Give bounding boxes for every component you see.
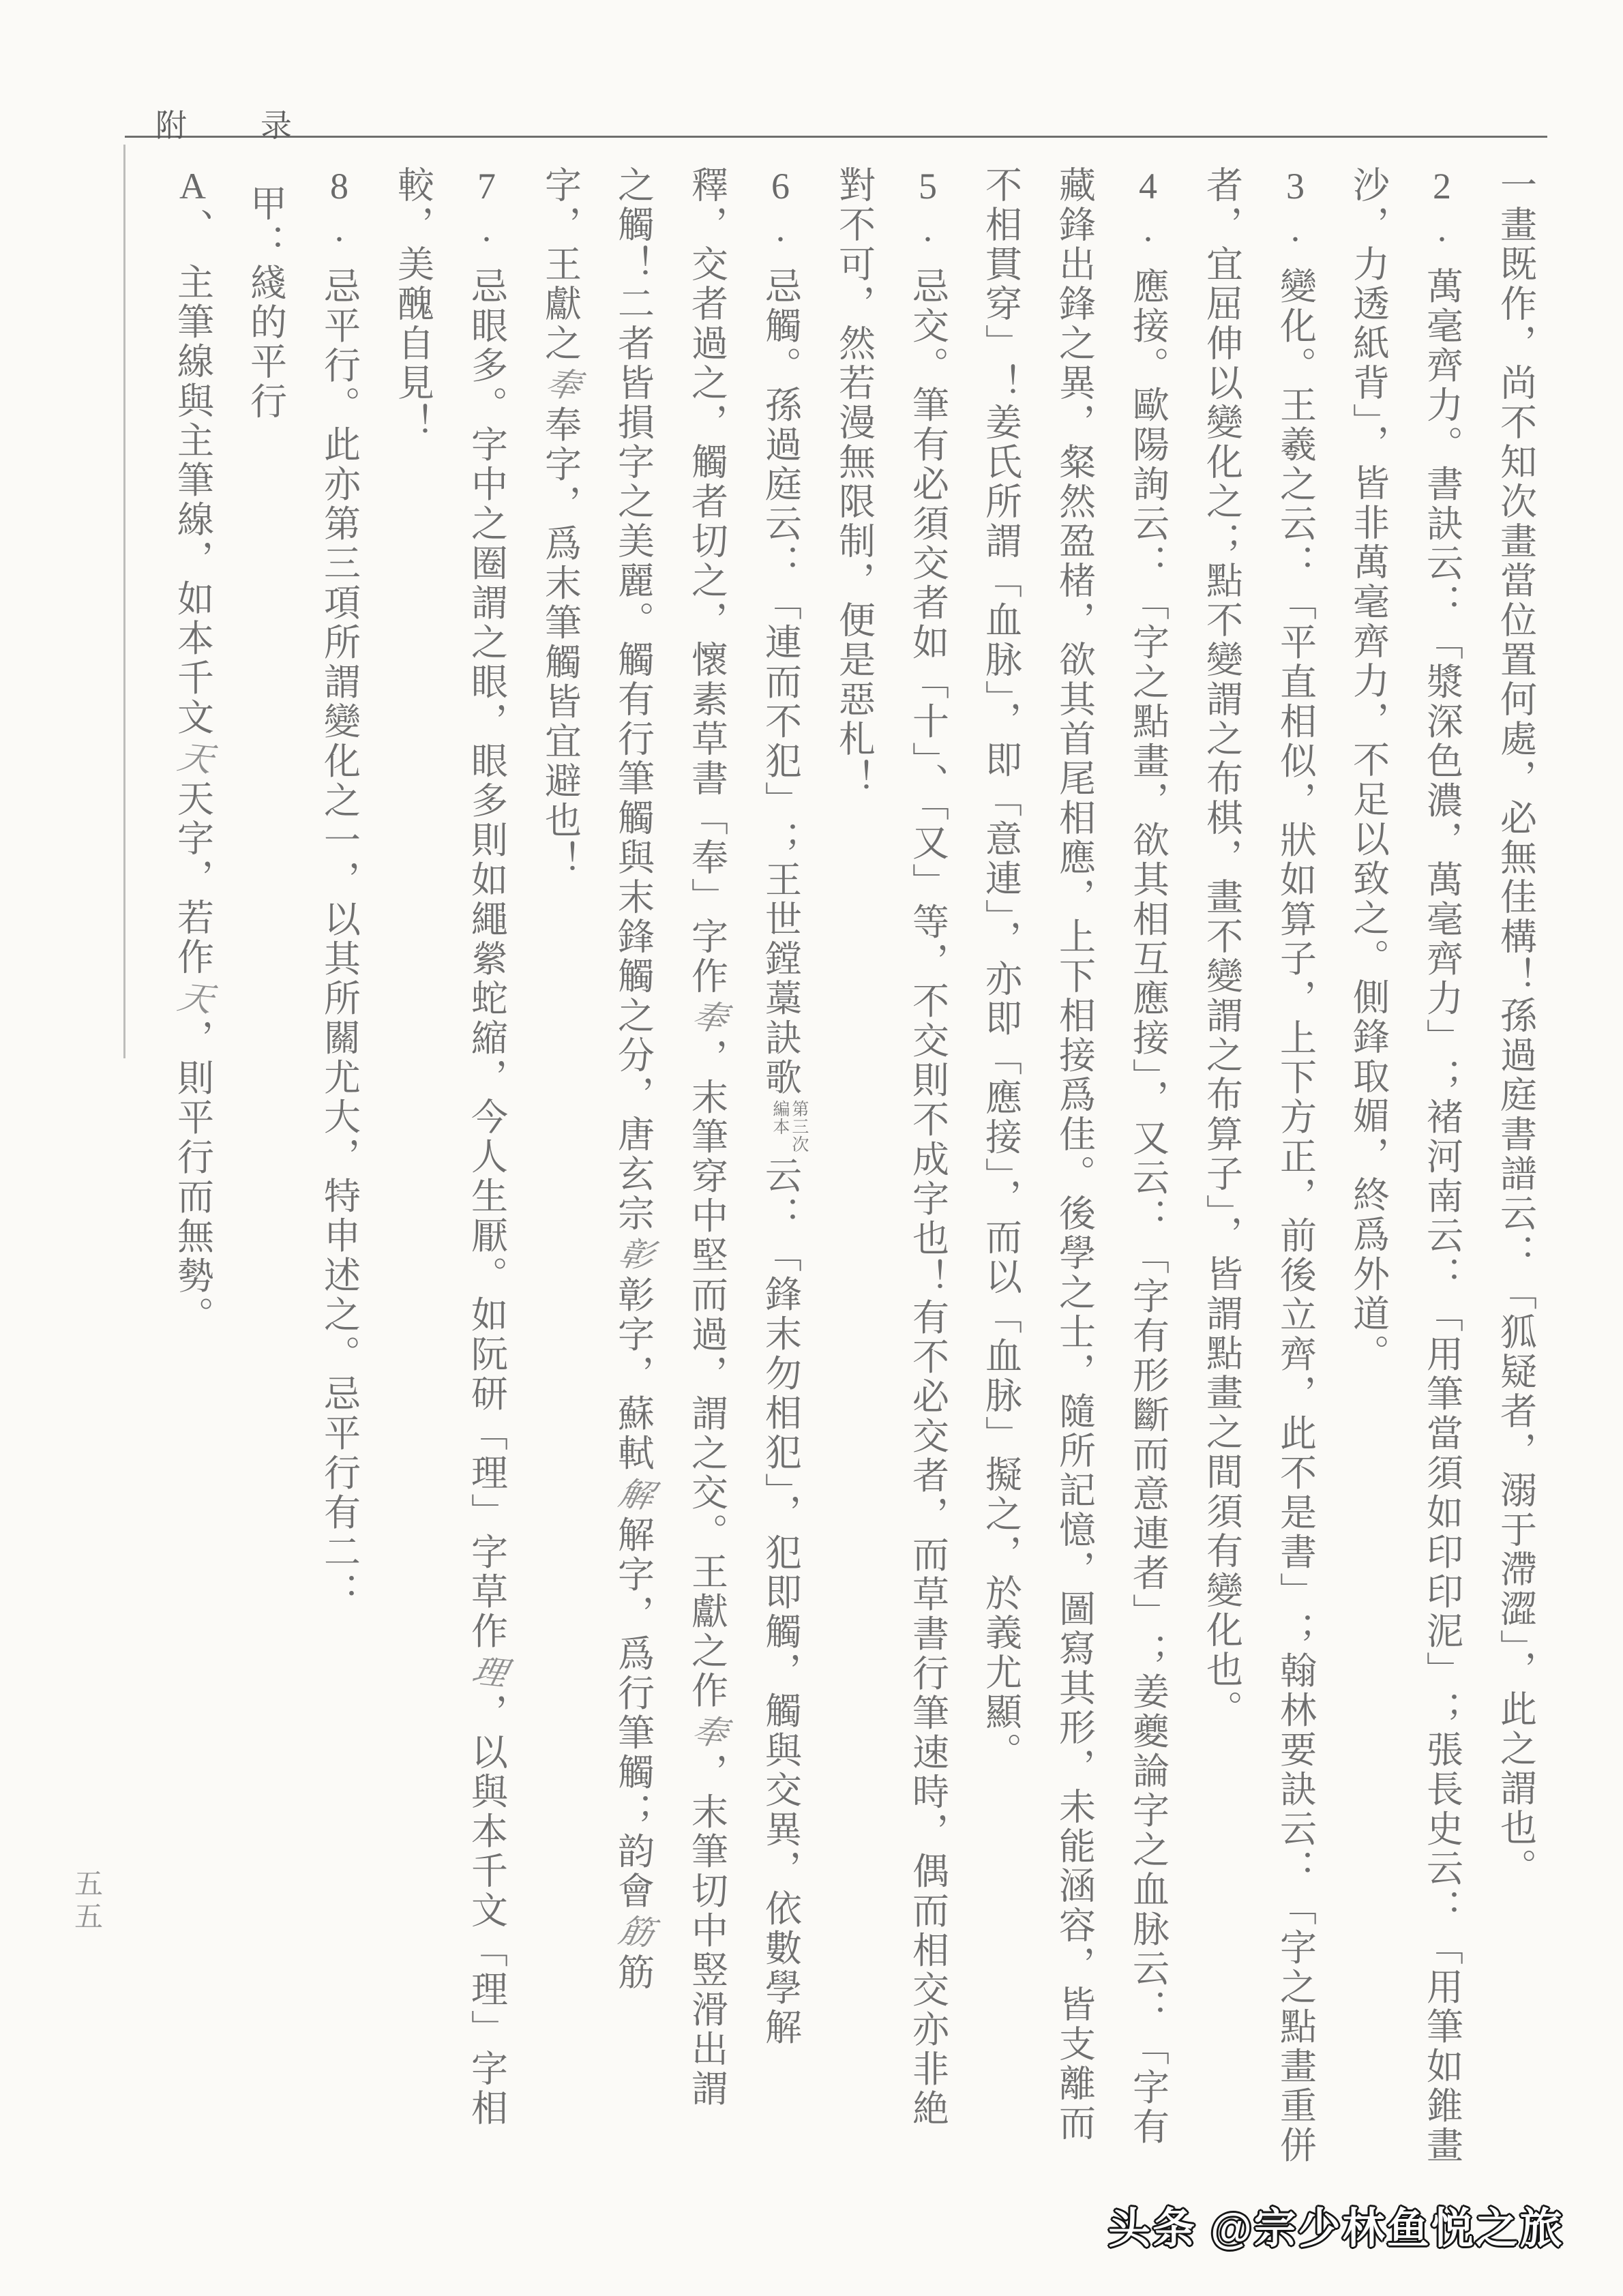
text-run: 對不可，然若漫無限制，便是惡札！ — [833, 166, 874, 799]
text-column-10: 對不可，然若漫無限制，便是惡札！ — [833, 166, 874, 2153]
text-run: 甲：綫的平行 — [245, 184, 286, 421]
text-run: 忌交。筆有必須交者如「十」、「又」等，不交則不成字也！有不必交者，而草書行筆速時… — [907, 267, 948, 2128]
text-run: 彰字，蘇軾 — [612, 1276, 653, 1474]
text-column-15: 7.忌眼多。字中之圈謂之眼，眼多則如繩縈蛇縮，今人生厭。如阮研「理」字草作理，以… — [466, 166, 507, 2153]
text-run: 忌觸。孫過庭云：「連而不犯」；王世鏜藁訣歌 — [760, 267, 801, 1097]
inline-note: 第三次編本 — [770, 1100, 808, 1153]
text-run: 筋 — [612, 1953, 653, 1993]
text-column-2: 2.萬毫齊力。書訣云：「漿深色濃，萬毫齊力」；褚河南云：「用筆當須如印印泥」；張… — [1421, 166, 1462, 2153]
vertical-text-block: 一畫既作，尚不知次畫當位置何處，必無佳構！孫過庭書譜云：「狐疑者，溺于滯澀」，此… — [0, 0, 1623, 2296]
text-column-11: 6.忌觸。孫過庭云：「連而不犯」；王世鏜藁訣歌第三次編本云：「鋒末勿相犯」，犯即… — [760, 166, 808, 2153]
book-page: 附 录 一畫既作，尚不知次畫當位置何處，必無佳構！孫過庭書譜云：「狐疑者，溺于滯… — [0, 0, 1623, 2296]
text-run: 沙，力透紙背」，皆非萬毫齊力，不足以致之。側鋒取媚，終爲外道。 — [1347, 166, 1388, 1373]
item-number: A、 — [172, 166, 213, 246]
item-number: 2. — [1421, 166, 1462, 250]
text-run: 天字，若作 — [172, 779, 213, 977]
text-column-8: 不相貫穿」！姜氏所謂「血脉」，即「意連」，亦即「應接」，而以「血脉」擬之，於義尤… — [980, 166, 1021, 2153]
cursive-glyph: 天 — [170, 979, 215, 1018]
item-number: 3. — [1275, 166, 1315, 250]
text-run: ，則平行而無勢。 — [172, 1019, 213, 1336]
item-number: 8. — [318, 166, 359, 250]
item-number: 5. — [907, 166, 948, 250]
text-column-7: 藏鋒出鋒之異，粲然盈楮，欲其首尾相應，上下相接爲佳。後學之士，隨所記憶，圖寫其形… — [1054, 166, 1095, 2153]
text-column-18: 甲：綫的平行 — [245, 166, 286, 2172]
text-run: 較，美醜自見！ — [392, 166, 433, 443]
text-column-3: 沙，力透紙背」，皆非萬毫齊力，不足以致之。側鋒取媚，終爲外道。 — [1347, 166, 1388, 2153]
item-number: 4. — [1127, 166, 1168, 250]
text-run: 藏鋒出鋒之異，粲然盈楮，欲其首尾相應，上下相接爲佳。後學之士，隨所記憶，圖寫其形… — [1054, 166, 1095, 2143]
cursive-glyph: 解 — [610, 1474, 656, 1514]
text-run: 釋，交者過之，觸者切之，懷素草書「奉」字作 — [686, 166, 727, 996]
text-run: 奉字，爲末筆觸皆宜避也！ — [539, 406, 580, 880]
text-column-19: A、主筆線與主筆線，如本千文天天字，若作天，則平行而無勢。 — [172, 166, 213, 2153]
cursive-glyph: 奉 — [537, 365, 583, 404]
inline-note-column: 編本 — [770, 1100, 789, 1153]
text-run: 不相貫穿」！姜氏所謂「血脉」，即「意連」，亦即「應接」，而以「血脉」擬之，於義尤… — [980, 166, 1021, 1772]
text-run: 云：「鋒末勿相犯」，犯即觸，觸與交異，依數學解 — [760, 1156, 801, 2047]
text-run: 萬毫齊力。書訣云：「漿深色濃，萬毫齊力」；褚河南云：「用筆當須如印印泥」；張長史… — [1421, 267, 1462, 2165]
text-run: 一畫既作，尚不知次畫當位置何處，必無佳構！孫過庭書譜云：「狐疑者，溺于滯澀」，此… — [1495, 166, 1536, 1888]
watermark: 头条 @宗少林鱼悦之旅 — [1108, 2194, 1564, 2255]
text-column-12: 釋，交者過之，觸者切之，懷素草書「奉」字作奉，末筆穿中堅而過，謂之交。王獻之作奉… — [686, 166, 727, 2153]
text-run: 之觸！二者皆損字之美麗。觸有行筆觸與末鋒觸之分，唐玄宗 — [612, 166, 653, 1234]
text-column-16: 較，美醜自見！ — [392, 166, 433, 2153]
item-number: 7. — [466, 166, 507, 250]
page-number: 五五 — [65, 1868, 106, 1934]
text-column-4: 3.變化。王羲之云：「平直相似，狀如算子，上下方正，前後立齊，此不是書」；翰林要… — [1275, 166, 1315, 2153]
cursive-glyph: 奉 — [684, 998, 730, 1037]
text-column-1: 一畫既作，尚不知次畫當位置何處，必無佳構！孫過庭書譜云：「狐疑者，溺于滯澀」，此… — [1495, 166, 1536, 2153]
text-column-9: 5.忌交。筆有必須交者如「十」、「又」等，不交則不成字也！有不必交者，而草書行筆… — [907, 166, 948, 2153]
text-run: 解字，爲行筆觸；韵會 — [612, 1515, 653, 1911]
text-column-6: 4.應接。歐陽詢云：「字之點畫，欲其相互應接」，又云：「字有形斷而意連者」；姜夔… — [1127, 166, 1168, 2153]
text-run: 變化。王羲之云：「平直相似，狀如算子，上下方正，前後立齊，此不是書」；翰林要訣云… — [1275, 267, 1315, 2165]
text-run: 者，宜屈伸以變化之；點不變謂之布棋，畫不變謂之布算子」，皆謂點畫之間須有變化也。 — [1201, 166, 1242, 1729]
text-run: ，以與本千文「理」字相 — [466, 1693, 507, 2128]
cursive-glyph: 天 — [170, 739, 215, 778]
inline-note-column: 第三次 — [789, 1100, 808, 1153]
text-run: 字，王獻之 — [539, 166, 580, 363]
text-run: 忌眼多。字中之圈謂之眼，眼多則如繩縈蛇縮，今人生厭。如阮研「理」字草作 — [466, 267, 507, 1651]
item-number: 6. — [760, 166, 801, 250]
text-column-5: 者，宜屈伸以變化之；點不變謂之布棋，畫不變謂之布算子」，皆謂點畫之間須有變化也。 — [1201, 166, 1242, 2153]
text-column-13: 之觸！二者皆損字之美麗。觸有行筆觸與末鋒觸之分，唐玄宗彰彰字，蘇軾解解字，爲行筆… — [612, 166, 653, 2153]
cursive-glyph: 奉 — [684, 1712, 730, 1751]
cursive-glyph: 筋 — [610, 1912, 656, 1952]
cursive-glyph: 理 — [464, 1652, 509, 1692]
cursive-glyph: 彰 — [610, 1235, 656, 1274]
text-run: 忌平行。此亦第三項所謂變化之一，以其所關尤大，特申述之。忌平行有二： — [318, 267, 359, 1611]
text-run: 應接。歐陽詢云：「字之點畫，欲其相互應接」，又云：「字有形斷而意連者」；姜夔論字… — [1127, 267, 1168, 2147]
text-column-14: 字，王獻之奉奉字，爲末筆觸皆宜避也！ — [539, 166, 580, 2153]
text-run: ，末筆切中竪滑出謂 — [686, 1753, 727, 2108]
text-column-17: 8.忌平行。此亦第三項所謂變化之一，以其所關尤大，特申述之。忌平行有二： — [318, 166, 359, 2153]
text-run: ，末筆穿中堅而過，謂之交。王獻之作 — [686, 1039, 727, 1711]
text-run: 主筆線與主筆線，如本千文 — [172, 263, 213, 737]
